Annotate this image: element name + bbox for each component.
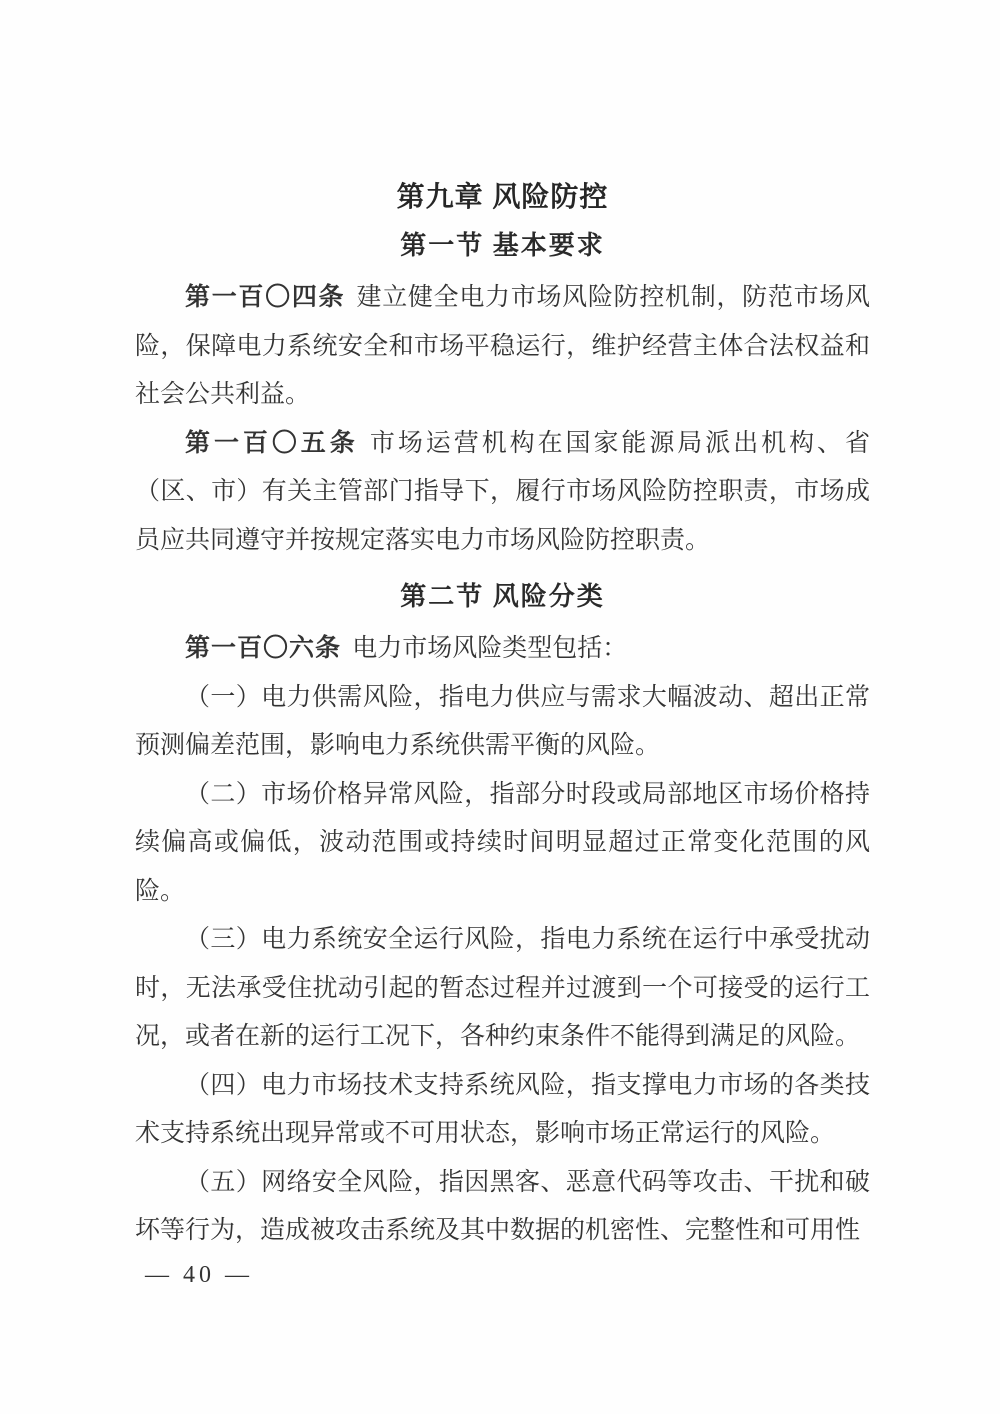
- item-5-text: （五）网络安全风险，指因黑客、恶意代码等攻击、干扰和破坏等行为，造成被攻击系统及…: [135, 1169, 870, 1245]
- article-106-number: 第一百〇六条: [185, 635, 341, 662]
- paragraph-item-2: （二）市场价格异常风险，指部分时段或局部地区市场价格持续偏高或偏低，波动范围或持…: [135, 771, 870, 917]
- section-2-body: 第一百〇六条电力市场风险类型包括： （一）电力供需风险，指电力供应与需求大幅波动…: [135, 625, 870, 1256]
- item-3-text: （三）电力系统安全运行风险，指电力系统在运行中承受扰动时，无法承受住扰动引起的暂…: [135, 926, 870, 1050]
- item-1-text: （一）电力供需风险，指电力供应与需求大幅波动、超出正常预测偏差范围，影响电力系统…: [135, 684, 870, 760]
- paragraph-article-105: 第一百〇五条市场运营机构在国家能源局派出机构、省（区、市）有关主管部门指导下，履…: [135, 420, 870, 566]
- section-title-2: 第二节 风险分类: [135, 579, 870, 615]
- paragraph-item-3: （三）电力系统安全运行风险，指电力系统在运行中承受扰动时，无法承受住扰动引起的暂…: [135, 916, 870, 1062]
- page-content: 第九章 风险防控 第一节 基本要求 第一百〇四条建立健全电力市场风险防控机制，防…: [135, 0, 870, 1256]
- section-1-body: 第一百〇四条建立健全电力市场风险防控机制，防范市场风险，保障电力系统安全和市场平…: [135, 274, 870, 565]
- paragraph-article-104: 第一百〇四条建立健全电力市场风险防控机制，防范市场风险，保障电力系统安全和市场平…: [135, 274, 870, 420]
- section-title-1: 第一节 基本要求: [135, 228, 870, 264]
- article-104-number: 第一百〇四条: [185, 284, 345, 311]
- paragraph-article-106: 第一百〇六条电力市场风险类型包括：: [135, 625, 870, 674]
- article-105-number: 第一百〇五条: [185, 430, 359, 457]
- paragraph-item-1: （一）电力供需风险，指电力供应与需求大幅波动、超出正常预测偏差范围，影响电力系统…: [135, 674, 870, 771]
- item-4-text: （四）电力市场技术支持系统风险，指支撑电力市场的各类技术支持系统出现异常或不可用…: [135, 1072, 870, 1148]
- page-number: — 40 —: [145, 1260, 253, 1290]
- paragraph-item-4: （四）电力市场技术支持系统风险，指支撑电力市场的各类技术支持系统出现异常或不可用…: [135, 1062, 870, 1159]
- document-page: 第九章 风险防控 第一节 基本要求 第一百〇四条建立健全电力市场风险防控机制，防…: [0, 0, 1000, 1414]
- item-2-text: （二）市场价格异常风险，指部分时段或局部地区市场价格持续偏高或偏低，波动范围或持…: [135, 781, 870, 905]
- chapter-title: 第九章 风险防控: [135, 180, 870, 214]
- article-106-text: 电力市场风险类型包括：: [352, 635, 627, 662]
- paragraph-item-5: （五）网络安全风险，指因黑客、恶意代码等攻击、干扰和破坏等行为，造成被攻击系统及…: [135, 1159, 870, 1256]
